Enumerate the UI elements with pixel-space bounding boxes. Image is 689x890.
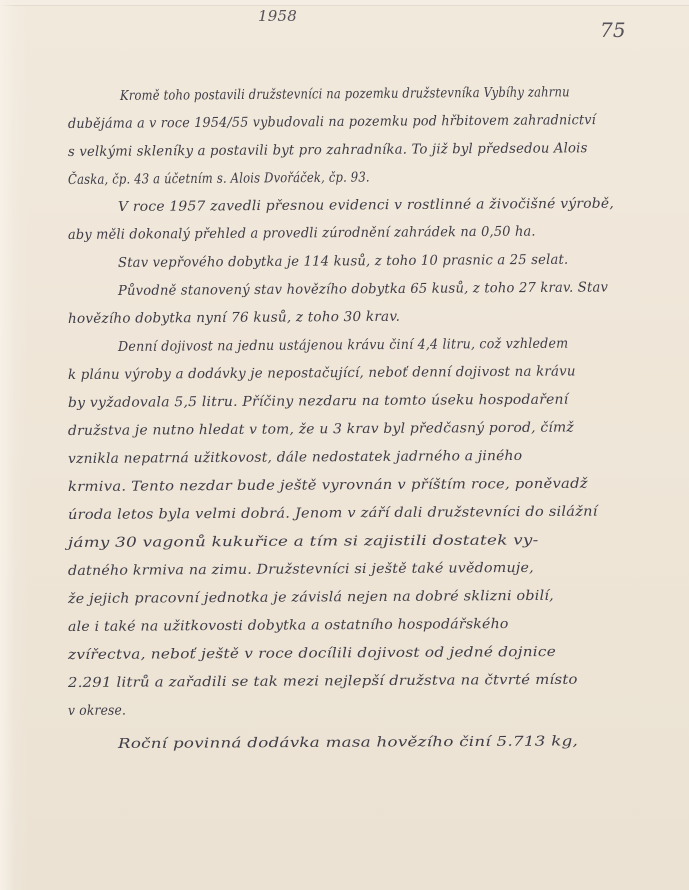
text-line: datného krmiva na zimu. Družstevníci si … bbox=[68, 560, 534, 579]
page-number: 75 bbox=[600, 18, 626, 42]
text-line: Stav vepřového dobytka je 114 kusů, z to… bbox=[118, 252, 568, 271]
text-line: 2.291 litrů a zařadili se tak mezi nejle… bbox=[68, 672, 578, 691]
chronicle-page: 1958 75 Kromě toho postavili družstevníc… bbox=[0, 0, 689, 890]
text-line: družstva je nutno hledat v tom, že u 3 k… bbox=[68, 420, 574, 439]
page-top-edge bbox=[0, 0, 689, 6]
text-line: Kromě toho postavili družstevníci na poz… bbox=[120, 84, 570, 104]
text-line: dubějáma a v roce 1954/55 vybudovali na … bbox=[68, 112, 596, 132]
text-line: k plánu výroby a dodávky je nepostačujíc… bbox=[68, 363, 576, 383]
text-line: zvířectva, neboť ještě v roce docílili d… bbox=[68, 644, 556, 663]
text-line: hovězího dobytka nyní 76 kusů, z toho 30… bbox=[68, 309, 400, 327]
text-line: V roce 1957 zavedli přesnou evidenci v r… bbox=[118, 196, 614, 215]
text-line: s velkými skleníky a postavili byt pro z… bbox=[68, 140, 588, 160]
text-line: ale i také na užitkovosti dobytka a osta… bbox=[68, 616, 509, 635]
text-line: že jejich pracovní jednotka je závislá n… bbox=[68, 588, 554, 607]
year-header: 1958 bbox=[258, 7, 297, 25]
text-line: v okrese. bbox=[68, 703, 126, 719]
text-line: Časka, čp. 43 a účetním s. Alois Dvořáče… bbox=[68, 170, 370, 188]
text-line: Původně stanovený stav hovězího dobytka … bbox=[118, 279, 608, 299]
text-line: Roční povinná dodávka masa hovězího činí… bbox=[118, 733, 578, 752]
text-line: vznikla nepatrná užitkovost, dále nedost… bbox=[68, 448, 522, 467]
text-line: krmiva. Tento nezdar bude ještě vyrovnán… bbox=[68, 476, 588, 495]
page-left-edge bbox=[0, 0, 14, 890]
text-line: jámy 30 vagonů kukuřice a tím si zajisti… bbox=[68, 532, 539, 551]
text-line: by vyžadovala 5,5 litru. Příčiny nezdaru… bbox=[68, 392, 569, 411]
text-line: úroda letos byla velmi dobrá. Jenom v zá… bbox=[68, 504, 598, 523]
text-line: Denní dojivost na jednu ustájenou krávu … bbox=[118, 336, 569, 355]
text-line: aby měli dokonalý přehled a provedli zúr… bbox=[68, 224, 536, 243]
